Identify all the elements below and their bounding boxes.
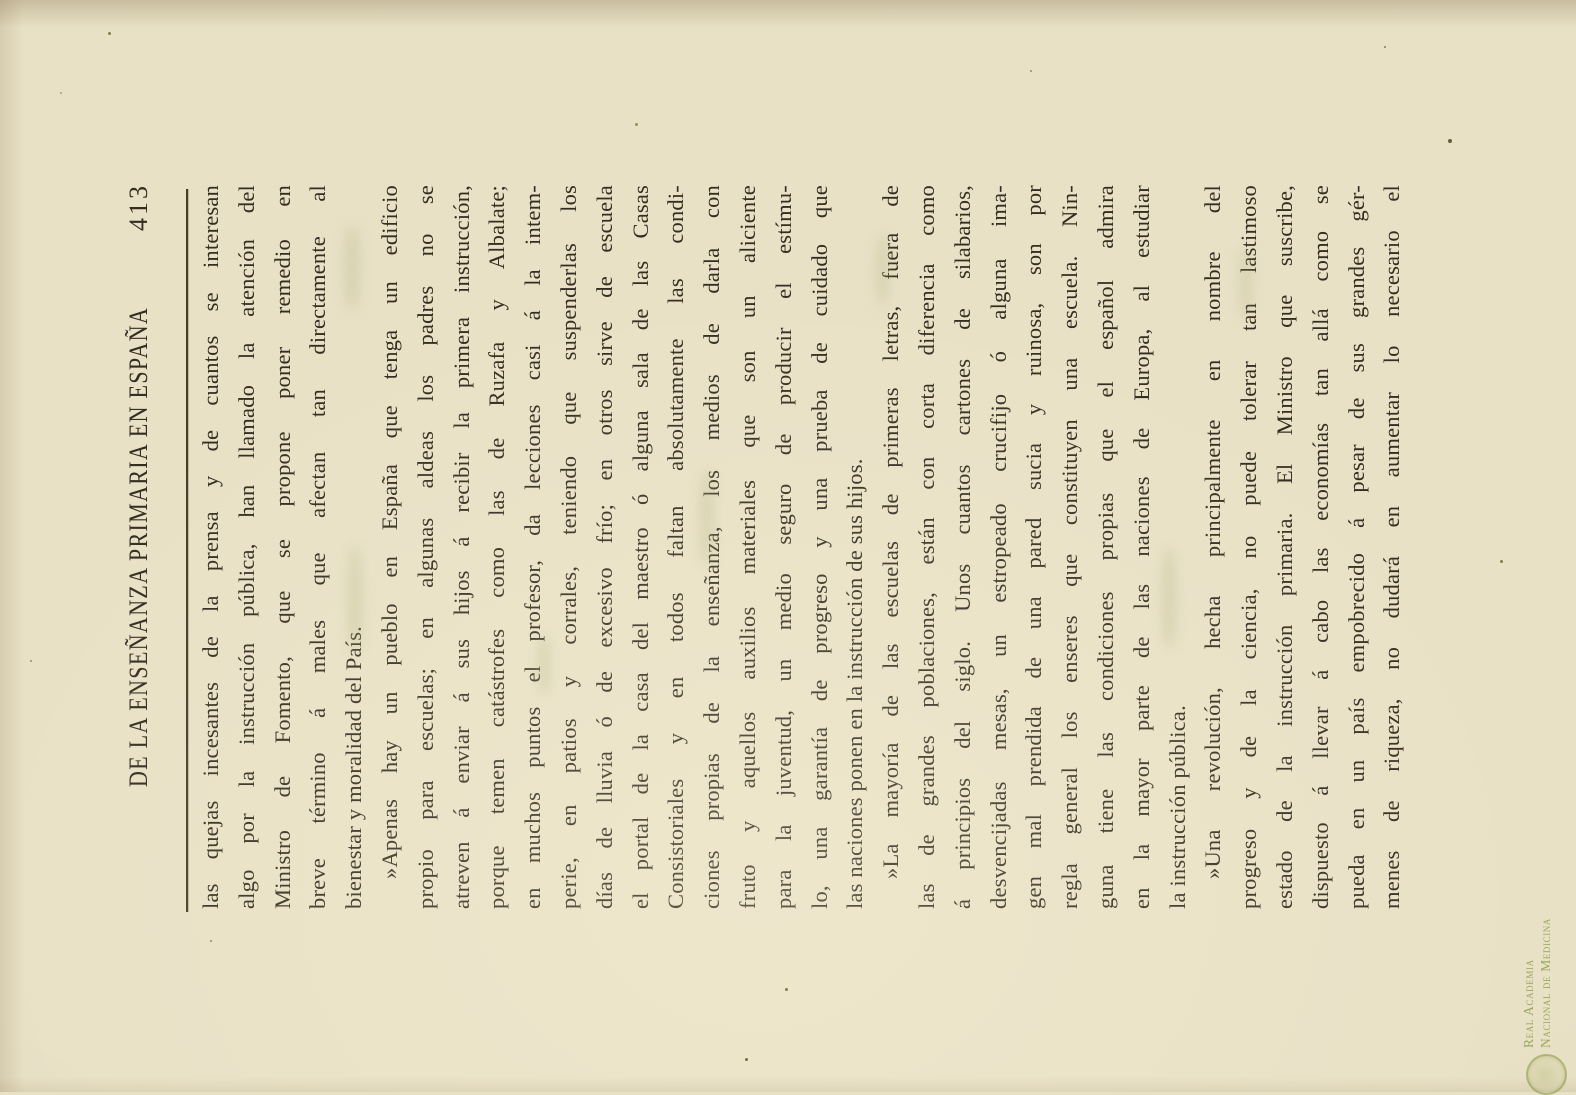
- text-line: Consistoriales y en todos faltan absolut…: [658, 185, 694, 909]
- text-line: Ministro de Fomento, que se propone pone…: [265, 185, 301, 909]
- text-line: menes de riqueza, no dudará en aumentar …: [1374, 185, 1410, 909]
- text-line: pueda en un país empobrecido á pesar de …: [1339, 185, 1375, 909]
- text-line: guna tiene las condiciones propias que e…: [1088, 185, 1124, 909]
- text-line: á principios del siglo. Unos cuantos car…: [945, 185, 981, 909]
- text-line: »La mayoría de las escuelas de primeras …: [873, 185, 909, 909]
- text-line: estado de la instrucción primaria. El Mi…: [1267, 185, 1303, 909]
- page-title: DE LA ENSEÑANZA PRIMARIA EN ESPAÑA: [124, 239, 154, 854]
- stamp-line-1: Real Academia: [1521, 918, 1538, 1048]
- text-line: perie, en patios y corrales, teniendo qu…: [551, 185, 587, 909]
- text-line: la instrucción pública.: [1160, 185, 1196, 909]
- text-line: para la juventud, un medio seguro de pro…: [766, 185, 802, 909]
- stamp-line-2: Nacional de Medicina: [1538, 918, 1555, 1048]
- text-line: propio para escuelas; en algunas aldeas …: [408, 185, 444, 909]
- header-rule: [186, 189, 188, 912]
- text-line: en la mayor parte de las naciones de Eur…: [1124, 185, 1160, 909]
- text-line: en muchos puntos el profesor, da leccion…: [515, 185, 551, 909]
- text-line: »Una revolución, hecha principalmente en…: [1195, 185, 1231, 909]
- text-line: progreso y de la ciencia, no puede toler…: [1231, 185, 1267, 909]
- text-line: bienestar y moralidad del País.: [336, 185, 372, 909]
- text-line: ciones propias de la enseñanza, los medi…: [694, 185, 730, 909]
- text-line: el portal de la casa del maestro ó algun…: [623, 185, 659, 909]
- text-line: desvencijadas mesas, un estropeado cruci…: [981, 185, 1017, 909]
- text-line: las naciones ponen en la instrucción de …: [837, 185, 873, 909]
- text-line: dispuesto á llevar á cabo las economías …: [1303, 185, 1339, 909]
- text-line: las de grandes poblaciones, están con co…: [909, 185, 945, 909]
- text-line: »Apenas hay un pueblo en España que teng…: [372, 185, 408, 909]
- text-line: breve término á males que afectan tan di…: [300, 185, 336, 909]
- text-line: atreven á enviar á sus hijos á recibir l…: [444, 185, 480, 909]
- page-number: 413: [124, 183, 154, 231]
- text-line: las quejas incesantes de la prensa y de …: [193, 185, 229, 909]
- text-line: fruto y aquellos auxilios materiales que…: [730, 185, 766, 909]
- scanned-page: { "page": { "header": { "title": "DE LA …: [0, 0, 1576, 1092]
- text-line: porque temen catástrofes como las de Ruz…: [479, 185, 515, 909]
- text-line: algo por la instrucción pública, han lla…: [229, 185, 265, 909]
- text-line: días de lluvia ó de excesivo frío; en ot…: [587, 185, 623, 909]
- stamp-seal-icon: [1526, 1054, 1567, 1092]
- book-page: DE LA ENSEÑANZA PRIMARIA EN ESPAÑA 413 l…: [0, 0, 1576, 1092]
- text-line: lo, una garantía de progreso y una prueb…: [802, 185, 838, 909]
- text-line: gen mal prendida de una pared sucia y ru…: [1016, 185, 1052, 909]
- running-head: DE LA ENSEÑANZA PRIMARIA EN ESPAÑA 413: [118, 185, 162, 909]
- stamp-text: Real Academia Nacional de Medicina: [1521, 918, 1554, 1048]
- library-stamp: Real Academia Nacional de Medicina: [1521, 872, 1571, 1092]
- text-block: las quejas incesantes de la prensa y de …: [193, 185, 1410, 909]
- text-line: regla general los enseres que constituye…: [1052, 185, 1088, 909]
